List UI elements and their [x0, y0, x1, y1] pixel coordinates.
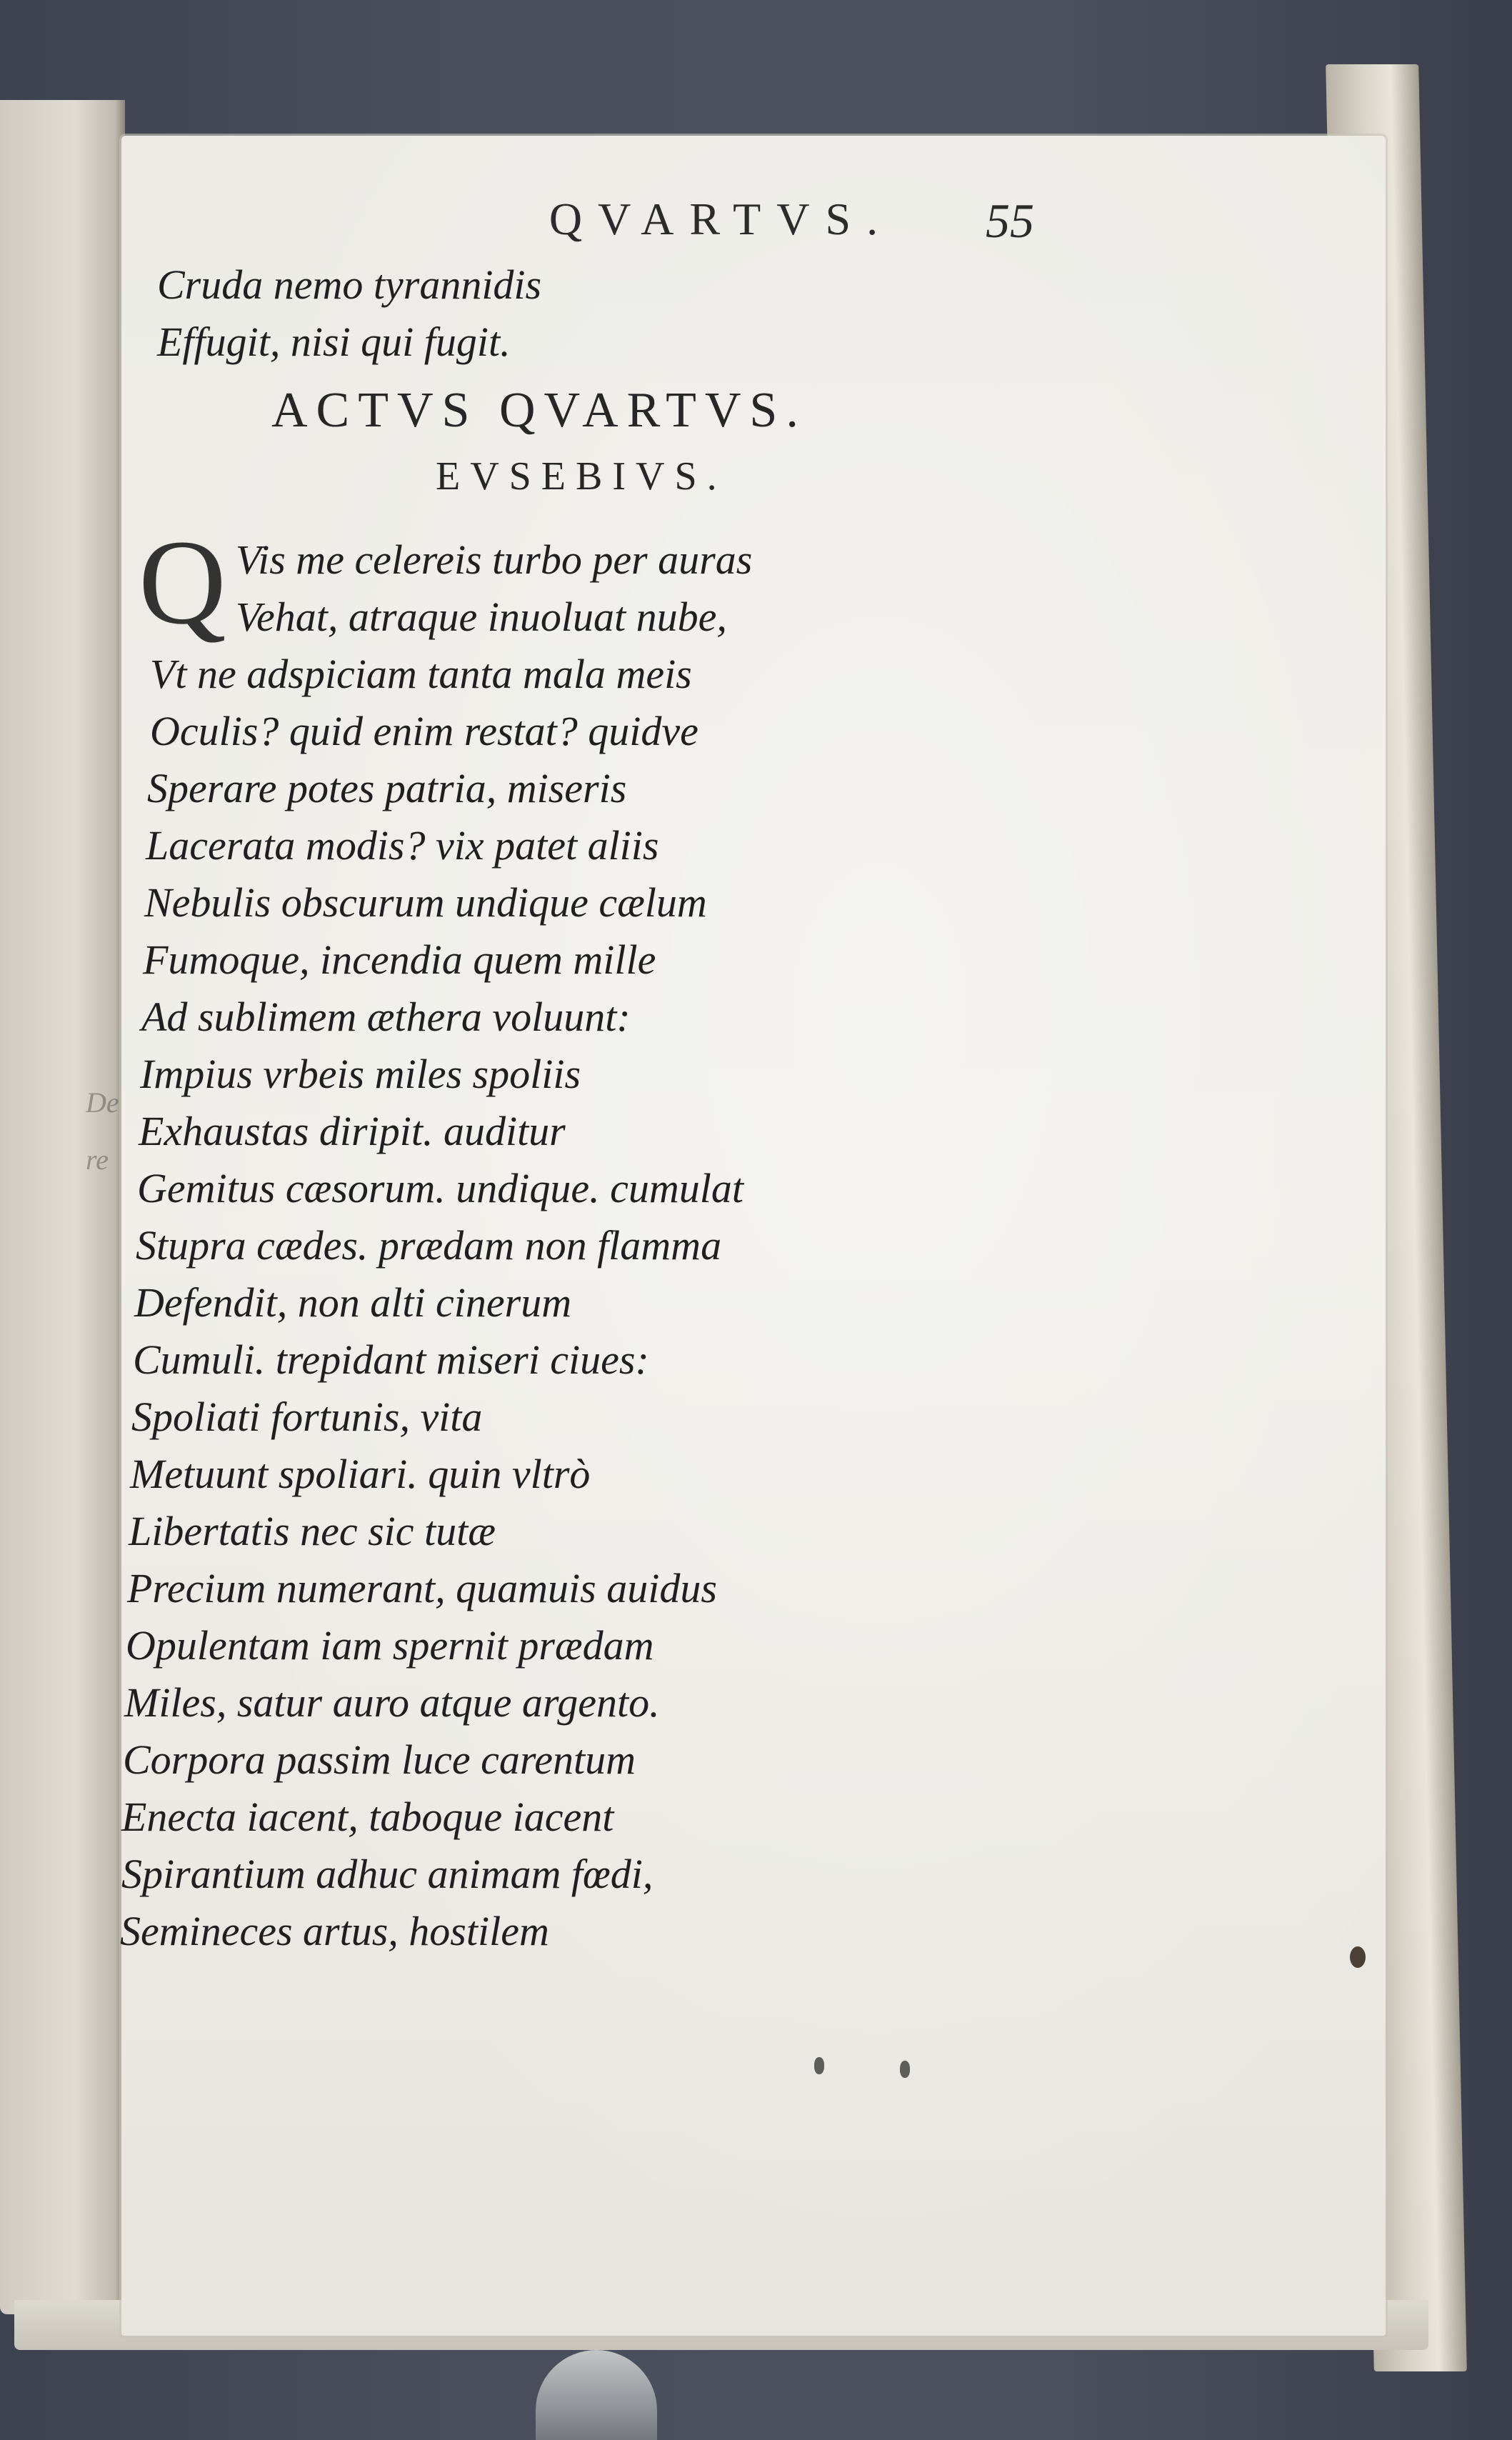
- verse-line: Lacerata modis? vix patet aliis: [146, 818, 659, 874]
- facing-page-edge: De re: [0, 100, 125, 2314]
- speaker-name: EVSEBIVS.: [436, 454, 727, 499]
- verse-line-carryover: Cruda nemo tyrannidis: [157, 257, 541, 313]
- ink-speck: [900, 2061, 910, 2078]
- verse-line: Stupra cædes. prædam non flamma: [136, 1218, 721, 1274]
- verse-line: Miles, satur auro atque argento.: [124, 1675, 660, 1731]
- verse-line: Gemitus cæsorum. undique. cumulat: [137, 1161, 744, 1216]
- page-number: 55: [986, 193, 1034, 249]
- verse-line: Oculis? quid enim restat? quidve: [150, 704, 699, 759]
- verse-line: Cumuli. trepidant miseri ciues:: [133, 1332, 649, 1388]
- verse-line: Sperare potes patria, miseris: [147, 761, 626, 816]
- verse-line: Libertatis nec sic tutæ: [129, 1504, 496, 1559]
- verse-line: Spoliati fortunis, vita: [131, 1389, 482, 1445]
- verse-line-carryover: Effugit, nisi qui fugit.: [157, 314, 511, 370]
- facing-page-fragment: re: [86, 1143, 109, 1176]
- verse-line: Vehat, atraque inuoluat nube,: [236, 589, 727, 645]
- ink-speck: [814, 2057, 824, 2074]
- verse-line: Precium numerant, quamuis auidus: [127, 1561, 717, 1616]
- verse-line: Defendit, non alti cinerum: [134, 1275, 571, 1331]
- verse-line: Impius vrbeis miles spoliis: [140, 1046, 581, 1102]
- book-page: QVARTVS. 55 Cruda nemo tyrannidis Effugi…: [121, 136, 1386, 2336]
- verse-line: Opulentam iam spernit prædam: [126, 1618, 654, 1674]
- blurred-finger: [536, 2350, 657, 2440]
- verse-line: Corpora passim luce carentum: [123, 1732, 636, 1788]
- verse-line: Metuunt spoliari. quin vltrò: [130, 1446, 590, 1502]
- verse-line: Enecta iacent, taboque iacent: [121, 1789, 614, 1845]
- drop-cap: Q: [139, 525, 226, 639]
- worm-hole: [1350, 1946, 1366, 1968]
- verse-line: Fumoque, incendia quem mille: [143, 932, 656, 988]
- running-head: QVARTVS.: [400, 193, 1043, 246]
- facing-page-fragment: De: [86, 1086, 119, 1119]
- verse-line: Exhaustas diripit. auditur: [139, 1104, 566, 1159]
- act-heading: ACTVS QVARTVS.: [271, 382, 1057, 439]
- verse-line: Vis me celereis turbo per auras: [236, 532, 752, 588]
- verse-line: Vt ne adspiciam tanta mala meis: [150, 646, 692, 702]
- verse-line: Nebulis obscurum undique cælum: [144, 875, 707, 931]
- verse-line: Ad sublimem æthera voluunt:: [141, 989, 631, 1045]
- verse-line: Semineces artus, hostilem: [120, 1904, 549, 1959]
- verse-line: Spirantium adhuc animam fœdi,: [121, 1846, 653, 1902]
